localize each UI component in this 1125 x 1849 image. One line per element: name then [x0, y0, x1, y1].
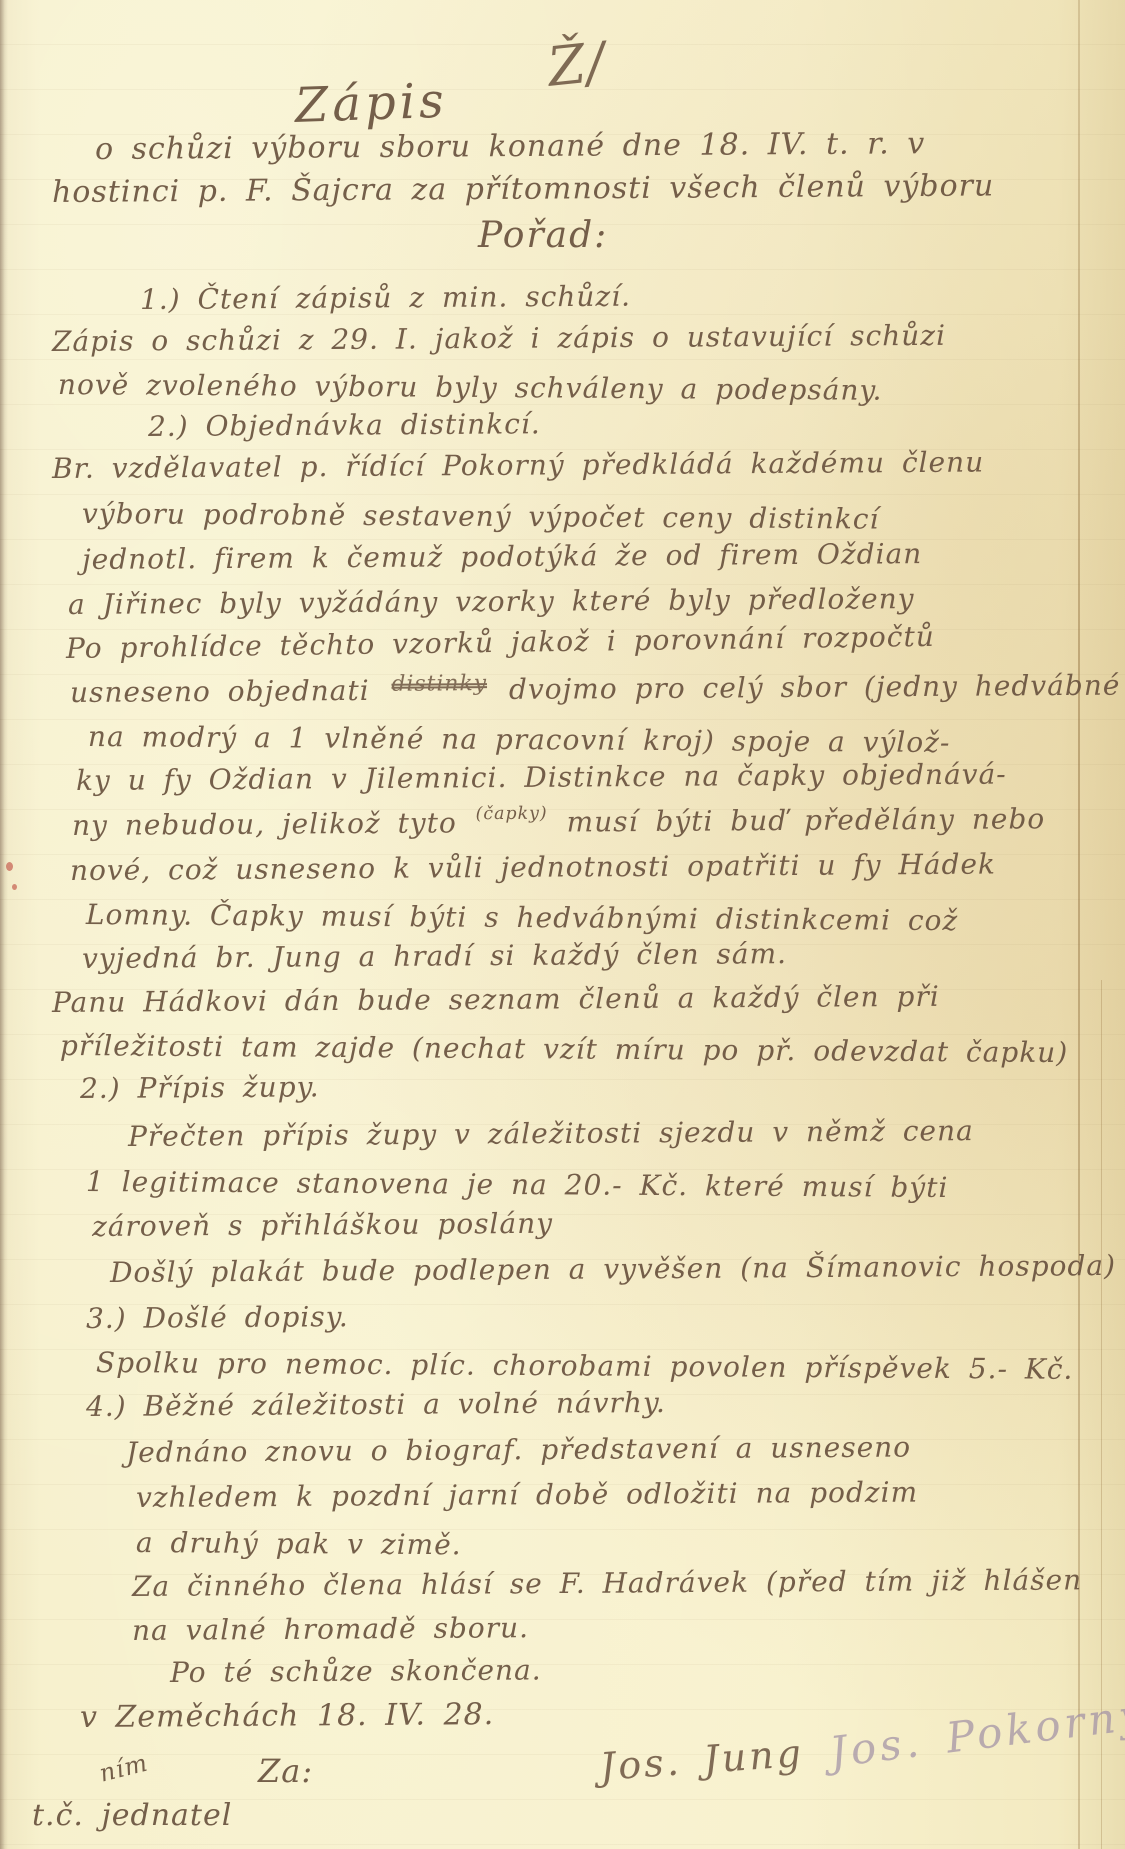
signature-jos-jung: Jos. Jung	[598, 1731, 805, 1789]
text-segment: dvojmo pro celý sbor (jedny hedvábné	[492, 669, 1121, 706]
document-line: Spolku pro nemoc. plíc. chorobami povole…	[96, 1346, 1074, 1386]
document-page: Ž/ Zápis o schůzi výboru sboru konané dn…	[0, 0, 1125, 1849]
inserted-word: (čapky)	[476, 804, 548, 825]
struck-word: distinky	[391, 671, 487, 697]
document-line: vyjedná br. Jung a hradí si každý člen s…	[82, 937, 787, 975]
document-line: výboru podrobně sestavený výpočet ceny d…	[82, 497, 880, 536]
text-segment: ny nebudou, jelikož tyto	[72, 806, 474, 842]
agenda-item-4: 4.) Běžné záležitosti a volné návrhy.	[86, 1386, 666, 1423]
document-line: vzhledem k pozdní jarní době odložiti na…	[136, 1476, 918, 1514]
intro-line: hostinci p. F. Šajcra za přítomnosti vše…	[52, 168, 995, 210]
document-line: na modrý a 1 vlněné na pracovní kroj) sp…	[88, 720, 951, 759]
document-line: Br. vzdělavatel p. řídící Pokorný předkl…	[52, 445, 984, 485]
document-title: Zápis	[294, 73, 449, 134]
document-line: jednotl. firem k čemuž podotýká že od fi…	[82, 537, 923, 576]
document-line: Panu Hádkovi dán bude seznam členů a kaž…	[52, 980, 940, 1019]
text-segment: usneseno objednati	[70, 674, 387, 709]
nim-note: ním	[97, 1749, 151, 1788]
agenda-item-2b: 2.) Přípis župy.	[80, 1070, 320, 1105]
text-segment: musí býti buď předělány nebo	[550, 802, 1046, 838]
signature-jos-pokorny: Jos. Pokorný	[827, 1689, 1125, 1776]
document-line: zároveň s přihláškou poslány	[92, 1207, 553, 1243]
document-line: Za činného člena hlásí se F. Hadrávek (p…	[132, 1563, 1082, 1603]
agenda-heading: Pořad:	[478, 215, 608, 256]
document-line: Přečten přípis župy v záležitosti sjezdu…	[128, 1114, 974, 1153]
za-label: Za:	[258, 1752, 313, 1790]
document-line-with-insertion: ny nebudou, jelikož tyto (čapky) musí bý…	[72, 802, 1045, 842]
secretary-role-label: t.č. jednatel	[32, 1798, 232, 1833]
document-line: a druhý pak v zimě.	[136, 1526, 462, 1561]
document-line: Došlý plakát bude podlepen a vyvěšen (na…	[110, 1249, 1116, 1289]
left-edge-shadow	[0, 0, 8, 1849]
document-line: nově zvoleného výboru byly schváleny a p…	[58, 368, 883, 407]
document-line: Po té schůze skončena.	[170, 1653, 542, 1689]
document-line-with-strikeout: usneseno objednati distinky dvojmo pro c…	[70, 669, 1121, 709]
document-line: nové, což usneseno k vůli jednotnosti op…	[70, 848, 996, 887]
corner-mark: Ž/	[545, 30, 609, 99]
red-speck	[12, 884, 17, 890]
document-line: na valné hromadě sboru.	[132, 1611, 529, 1647]
intro-line: o schůzi výboru sboru konané dne 18. IV.…	[95, 126, 925, 167]
document-line: Zápis o schůzi z 29. I. jakož i zápis o …	[52, 319, 946, 358]
document-line: Jednáno znovu o biograf. představení a u…	[126, 1431, 911, 1469]
agenda-item-2: 2.) Objednávka distinkcí.	[148, 407, 541, 443]
agenda-item-3: 3.) Došlé dopisy.	[86, 1300, 349, 1335]
document-line: příležitosti tam zajde (nechat vzít míru…	[60, 1029, 1068, 1069]
place-date-line: v Zeměchách 18. IV. 28.	[80, 1697, 494, 1735]
document-line: Po prohlídce těchto vzorků jakož i porov…	[66, 620, 935, 665]
document-line: a Jiřinec byly vyžádány vzorky které byl…	[68, 582, 915, 621]
red-speck	[6, 862, 13, 871]
document-line: ky u fy Oždian v Jilemnici. Distinkce na…	[76, 758, 1007, 797]
document-line: 1 legitimace stanovena je na 20.- Kč. kt…	[86, 1165, 949, 1204]
agenda-item-1: 1.) Čtení zápisů z min. schůzí.	[140, 280, 631, 316]
document-line: Lomny. Čapky musí býti s hedvábnými dist…	[86, 898, 958, 937]
